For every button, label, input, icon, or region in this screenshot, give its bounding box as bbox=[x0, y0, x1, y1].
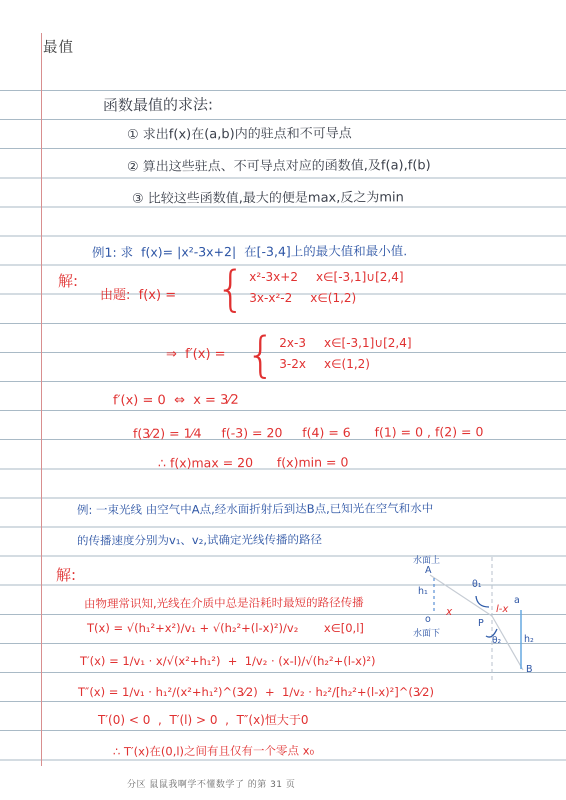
example1-problem: 例1: 求 f(x)= |x²-3x+2| 在[-3,4]上的最大值和最小值. bbox=[92, 244, 407, 260]
refraction-diagram: 水面上 A h₁ θ₁ o x P l-x a 水面下 θ₂ h₂ B bbox=[380, 550, 566, 690]
point-A-label: A bbox=[425, 565, 432, 576]
f-case-2: 3x-x²-2x∈(1,2) bbox=[249, 292, 403, 306]
example2-problem-line2: 的传播速度分别为v₁、v₂,试确定光线传播的路径 bbox=[77, 533, 322, 548]
piecewise-f-prime: { 2x-3x∈[-3,1]∪[2,4] 3-2xx∈(1,2) bbox=[246, 334, 412, 375]
fprime-case-2: 3-2xx∈(1,2) bbox=[279, 358, 411, 372]
label-below-water: 水面下 bbox=[413, 626, 440, 639]
example2-principle: 由物理常识知,光线在介质中总是沿耗时最短的路径传播 bbox=[84, 596, 364, 611]
page-footer: 分区 鼠鼠我啊学不懂数学了 的第 31 页 bbox=[127, 777, 295, 790]
formula-T: T(x) = √(h₁²+x²)∕v₁ + √(h₂²+(l-x)²)∕v₂ x… bbox=[87, 622, 364, 635]
point-P-label: P bbox=[478, 618, 484, 629]
example2-conclusion: ∴ T′(x)在(0,l)之间有且仅有一个零点 x₀ bbox=[113, 744, 314, 758]
fprime-case-1: 2x-3x∈[-3,1]∪[2,4] bbox=[279, 337, 411, 351]
theta1-label: θ₁ bbox=[472, 579, 482, 590]
point-a-label: a bbox=[514, 595, 520, 606]
theta1-arc bbox=[476, 596, 489, 607]
point-O-label: o bbox=[425, 614, 431, 625]
example1-values: f(3⁄2) = 1⁄4 f(-3) = 20 f(4) = 6 f(1) = … bbox=[133, 425, 484, 441]
brace-left: { bbox=[246, 333, 275, 376]
piecewise-f: { x²-3x+2x∈[-3,1]∪[2,4] 3x-x²-2x∈(1,2) bbox=[216, 268, 404, 309]
x-segment-label: x bbox=[446, 606, 452, 618]
diagram-strokes bbox=[380, 550, 566, 690]
l-minus-x-label: l-x bbox=[496, 604, 508, 615]
margin-line bbox=[41, 33, 42, 766]
example1-derive-label: ⇒ f′(x) = bbox=[166, 348, 226, 363]
h1-label: h₁ bbox=[418, 586, 428, 597]
note-title[interactable]: 最值 bbox=[43, 36, 74, 57]
theta2-label: θ₂ bbox=[492, 636, 501, 646]
example1-by-title: 由题: f(x) = bbox=[100, 289, 176, 304]
example2-solve-label: 解: bbox=[56, 567, 76, 584]
note-page-canvas[interactable]: 最值 函数最值的求法: ① 求出f(x)在(a,b)内的驻点和不可导点 ② 算出… bbox=[0, 0, 566, 800]
example1-critical-point: f′(x) = 0 ⇔ x = 3⁄2 bbox=[113, 394, 239, 410]
point-B-label: B bbox=[526, 664, 533, 675]
step-3: ③ 比较这些函数值,最大的便是max,反之为min bbox=[132, 191, 404, 207]
example2-signs: T′(0) < 0 , T′(l) > 0 , T″(x)恒大于0 bbox=[98, 714, 309, 728]
h2-label: h₂ bbox=[524, 634, 534, 645]
example2-problem-line1: 例: 一束光线 由空气中A点,经水面折射后到达B点,已知光在空气和水中 bbox=[77, 502, 433, 517]
heading-method: 函数最值的求法: bbox=[103, 96, 213, 114]
brace-left: { bbox=[216, 267, 245, 310]
formula-T-prime: T′(x) = 1∕v₁ · x∕√(x²+h₁²) + 1∕v₂ · (x-l… bbox=[80, 655, 376, 668]
example1-conclusion: ∴ f(x)max = 20 f(x)min = 0 bbox=[158, 456, 348, 471]
example1-solve-label: 解: bbox=[58, 273, 78, 290]
step-1: ① 求出f(x)在(a,b)内的驻点和不可导点 bbox=[127, 127, 352, 143]
step-2: ② 算出这些驻点、不可导点对应的函数值,及f(a),f(b) bbox=[127, 159, 431, 176]
f-case-1: x²-3x+2x∈[-3,1]∪[2,4] bbox=[249, 271, 403, 285]
